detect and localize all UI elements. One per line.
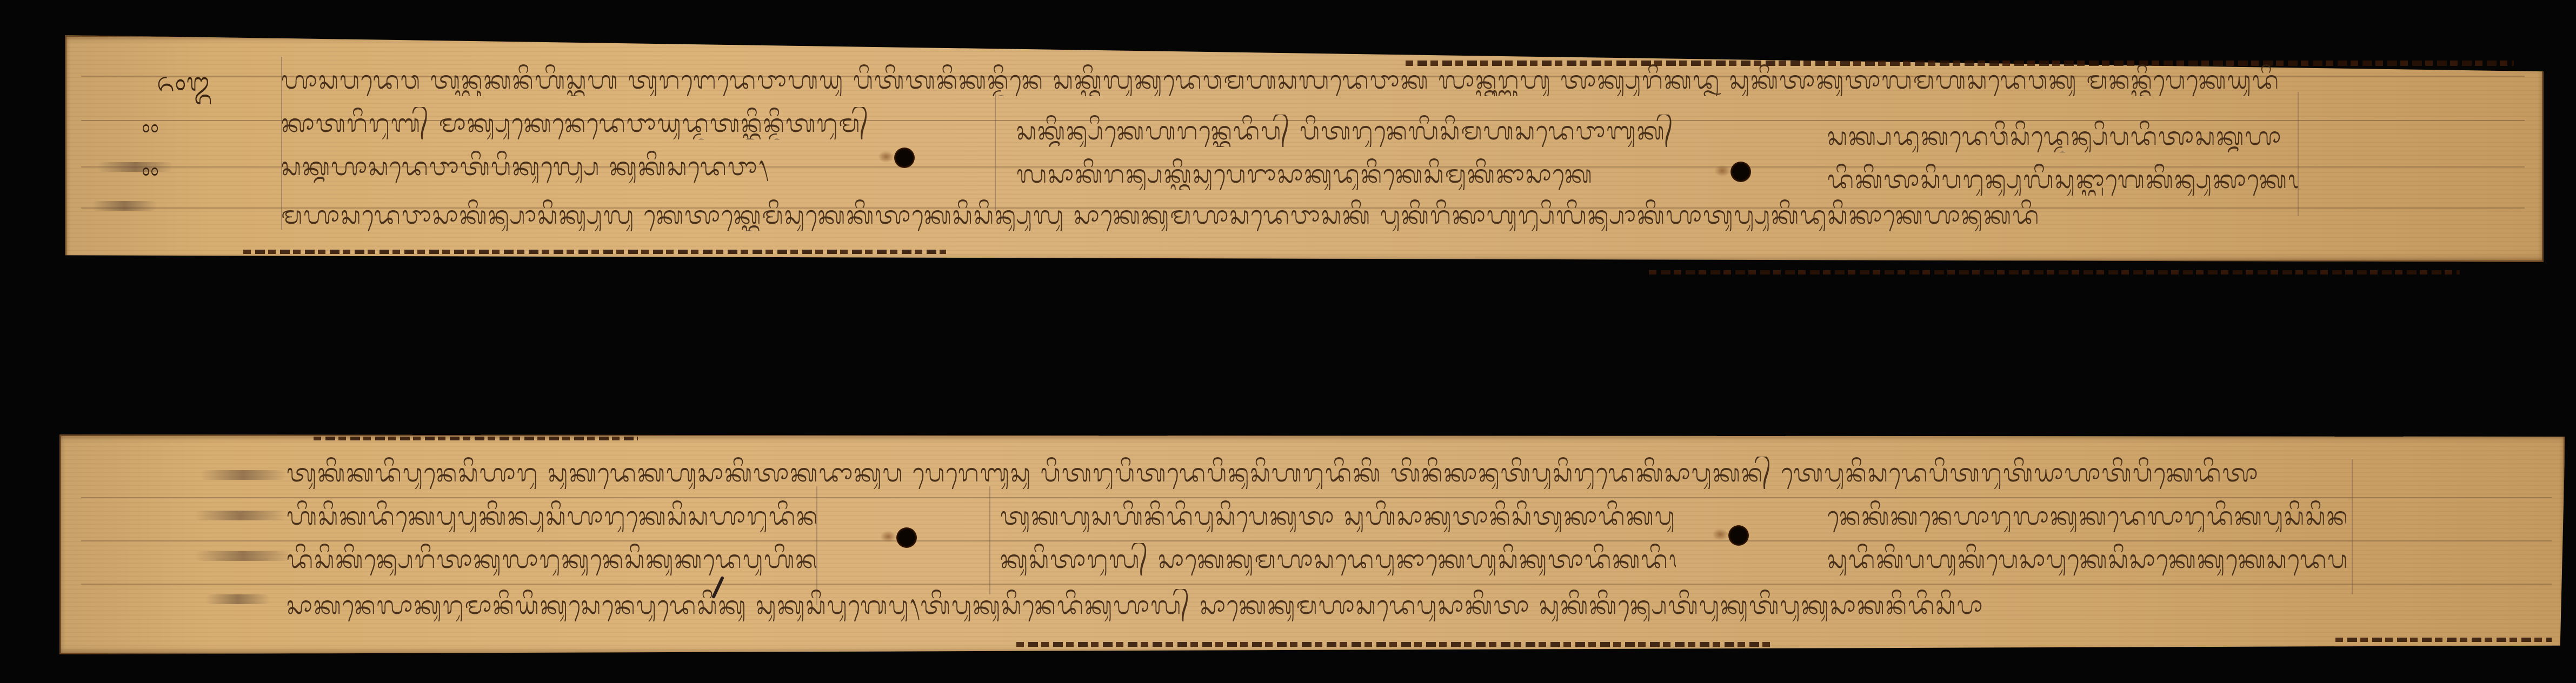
margin-smudge bbox=[92, 201, 157, 211]
line-marker: ᭐᭐ bbox=[142, 113, 159, 146]
margin-smudge bbox=[195, 511, 287, 520]
manuscript-line: ᬲᬵᬓᬦᬾᬮᬵᬓᬸᬭᬸᬫᬵᬦᬶᬬᬶᬓᬸᬲᬾᬦᬾᬧᬸᬤᬾᬲᬶᬓᬸ ᬲᬸᬓᬸᬲᬶᬧᬸ… bbox=[287, 589, 2352, 621]
line-marker: ᭐᭐ bbox=[142, 157, 159, 190]
manuscript-line: ᬲᬸᬤᬶᬓᬶᬧᬳᬸᬓᬶᬧᬾᬲᬵᬧᬸᬓᬾᬲᬶᬲᬵᬓᬾᬓᬸᬓᬾᬲᬤᬾᬧ bbox=[1827, 543, 2346, 575]
column-divider bbox=[995, 92, 996, 211]
column-divider bbox=[2298, 92, 2299, 216]
ruled-line bbox=[81, 584, 2552, 585]
manuscript-line: ᬢᬸᬓᬳᬸᬲᬳᬶᬦᬶᬤᬶᬧᬸᬲᬶᬧᬾᬓᬸᬢᬵ ᬲᬸᬳᬶᬲᬵᬓᬸᬢᬵᬦᬶᬲᬶᬢᬸᬓ… bbox=[1000, 500, 1676, 532]
column-divider bbox=[2352, 459, 2353, 594]
manuscript-line: ᬤᬶᬲᬶᬓᬶᬦ᭄ᬲᬾᬭᬶᬢᬵᬓᬸᬮᬵᬭᬸᬓᬸᬦᬾᬲᬶᬓᬸᬓᬤᬾᬧᬸᬳᬶᬓᬤᬶ ᭞ bbox=[287, 543, 816, 575]
edge-damage bbox=[243, 250, 946, 254]
margin-smudge bbox=[97, 162, 173, 172]
manuscript-line: ᬮᬲᬵᬓᬶᬭᬦ᭄ᬲᬓ᭄ᬢᬶᬲᬸᬧᬾᬭᬵᬲᬵᬓᬸᬤᬸᬦᬶᬓᬾᬲᬶᬫᬸᬓᬶᬦᬵᬲᬵᬓ… bbox=[1016, 158, 1676, 190]
manuscript-line: ᬓᬸᬲᬶᬢᬵᬭᬸᬮ᭄ ᬲᬵᬓᬾᬓᬸᬫᬳᬵᬲᬤᬾᬧᬸᬦᬵᬓᬾᬳᬸᬲᬶᬓᬸᬢᬵᬤᬶᬓ… bbox=[1000, 543, 1676, 575]
ruled-line bbox=[81, 497, 2552, 498]
manuscript-line: ᬲᬓ᭄ᬧᬤᬸᬓᬤᬾᬯᬶᬲᬶᬤ᭄ᬤᬾᬦ᭄ᬲᬶᬧᬤᬶᬢᬵᬲᬓ᭄ᬫᬳᬵ bbox=[1827, 120, 2298, 152]
edge-damage bbox=[1649, 270, 2460, 274]
manuscript-line: ᬳᬵᬲᬧᬤᬾᬯ ᬢᬦ᭄ᬮᬸᬓᬦᬶᬳᬶᬲ᭄ᬓᬳ ᬢᬸᬭᬗᬾᬤᬾᬯᬵᬳᬬᬸ ᬧᬶᬢᬶ… bbox=[281, 64, 2335, 96]
binding-hole bbox=[1730, 162, 1751, 182]
manuscript-line: ᬢᬸᬓᬶᬓᬤᬶᬧᬸᬦᬾᬲᬶᬳᬵᬭᬸ ᬲᬸᬓᬤᬾᬓᬳᬸᬲᬵᬓᬶᬢᬵᬓᬤᬵᬓᬸᬧ ᬧ… bbox=[287, 457, 2352, 489]
margin-smudge bbox=[195, 551, 292, 561]
column-divider bbox=[989, 486, 990, 594]
margin-smudge bbox=[205, 594, 270, 604]
ruled-line bbox=[81, 540, 2552, 541]
manuscript-line: ᬲᬓ᭄ᬫᬳᬵᬲᬤᬾᬯᬵᬢᬶᬧᬶᬓᬸᬮ᭄ᬲᬾ ᬓᬸᬓᬶᬲᬤᬾᬯᬵ᭞ bbox=[281, 150, 995, 183]
margin-smudge bbox=[200, 470, 287, 480]
edge-damage bbox=[1016, 642, 1773, 647]
manuscript-line: ᬤᬶᬓᬶᬢᬵᬲᬶᬧᬭᬸᬦ᭄ᬲᬸᬮᬶᬲᬸᬦ᭄ᬮᬵᬕᬾᬓᬶᬦ᭄ᬲᬸᬓᬵᬓᬾᬤ bbox=[1827, 163, 2298, 196]
edge-damage bbox=[2335, 638, 2552, 642]
page-number: ᭖᭐᭓ bbox=[157, 65, 211, 109]
manuscript-line: ᬲᬓ᭄ᬫᬶᬦ᭄ᬲᬶᬓᬾᬳᬭᬦ᭄ᬓᬾᬤᬶᬧ᭄ ᬧᬶᬢᬭᬸᬦᬾᬮᬶᬲᬶᬫᬳᬲᬤᬾᬯᬵ… bbox=[1016, 115, 1676, 147]
manuscript-line: ᬳᬶᬲᬶᬓᬤᬶᬓᬾᬧᬸᬧᬸᬓᬶᬦ᭄ᬧᬸᬲᬶᬳᬵᬭᬸᬓᬾᬲᬶᬲᬳᬵᬭᬸᬤᬶᬓ bbox=[287, 500, 816, 532]
manuscript-line: ᬫᬳᬵᬲᬤᬾᬯᬵᬲᬵᬓᬶᬦ᭄ᬲᬵᬲᬶᬓ᭄ᬲᬸᬮᬸ ᬓᬾᬢᬵᬓ᭄ᬓᬾᬫᬶᬲᬸᬓᬾᬓ… bbox=[281, 199, 2314, 231]
binding-hole bbox=[896, 527, 917, 548]
column-divider bbox=[816, 486, 817, 605]
manuscript-line: ᬓᬵᬢᬭᬶᬭᬸᬩ᭄ ᬫᬵᬓ᭄ᬲᬸᬓᬾᬦᬾᬤᬾᬯᬵᬬᬸᬤ᭄ᬤᬸᬢᬦ᭄ᬓᬶᬦ᭄ᬤᬶᬢ… bbox=[281, 107, 995, 139]
binding-hole bbox=[1728, 525, 1749, 546]
manuscript-line: ᬦᬾᬓᬶᬓᬦᬾᬳᬵᬭᬸᬮᬵᬓᬸᬓᬤᬾᬮᬵᬭᬸᬤᬶᬓᬧᬸᬲᬶᬲᬶᬓᬸ bbox=[1827, 500, 2346, 532]
edge-damage bbox=[314, 437, 638, 440]
